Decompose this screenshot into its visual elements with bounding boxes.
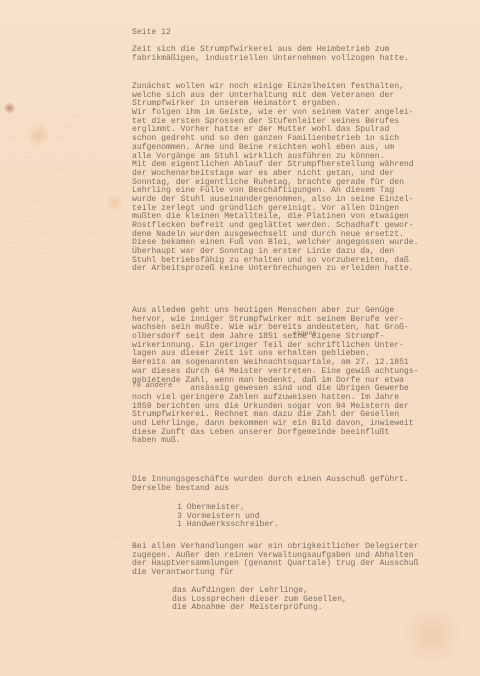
responsibilities-list: das Aufdingen der Lehrlinge, das Losspre… (132, 587, 477, 613)
text-line: die Verantwortung für (132, 569, 477, 578)
page-number-label: Seite 12 (132, 29, 477, 38)
committee-list: 1 Obermeister, 3 Vormeistern und 1 Handw… (132, 504, 477, 530)
paragraph-1: Zeit sich die Strumpfwirkerei aus dem He… (132, 46, 477, 63)
margin-insert-annotation: 70 andere (132, 382, 477, 390)
text-line: diese Zunft das Leben unserer Dorfgemein… (132, 429, 477, 438)
paragraph-5: Bei allen Verhandlungen war ein obrigkei… (132, 543, 477, 578)
list-item: die Abnahme der Meisterprüfung. (132, 604, 477, 613)
overtyped-correction: eigene (293, 330, 480, 338)
paragraph-4: Die Innungsgeschäfte wurden durch einen … (132, 476, 477, 493)
text-line: fabrikmäßigen, industriellen Unternehmen… (132, 55, 477, 64)
paragraph-2: Zunächst wollen wir noch einige Einzelhe… (132, 83, 477, 274)
bleed-through-text: . . . . .. .. . . . . ... . . .. . . . .… (4, 110, 134, 258)
text-line: Derselbe bestand aus (132, 485, 477, 494)
list-item: 1 Handwerksschreiber. (132, 521, 477, 530)
text-line: haben muß. (132, 437, 477, 446)
paragraph-3: Aus alledem geht uns heutigen Menschen a… (132, 307, 477, 446)
text-line: der Arbeitsprozeß keine Unterbrechungen … (132, 265, 477, 274)
